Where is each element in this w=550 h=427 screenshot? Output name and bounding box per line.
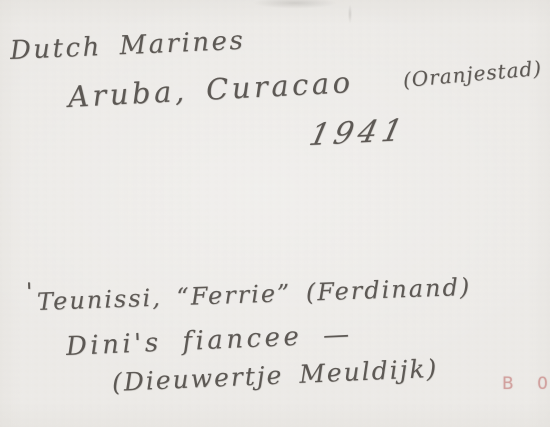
handwritten-relation-line: Dini's fiancee — <box>65 320 353 362</box>
handwritten-name-line: Teunissi, “Ferrie” (Ferdinand) <box>37 273 472 316</box>
handwritten-year: 1941 <box>306 113 410 154</box>
photo-back-paper: Dutch Marines Aruba, Curacao (Oranjestad… <box>0 0 550 427</box>
handwritten-identity-line: (Dieuwertje Meuldijk) <box>111 354 438 397</box>
handwritten-unit-line: Dutch Marines <box>9 26 246 66</box>
handwritten-annotation-oranjestad: (Oranjestad) <box>402 56 543 92</box>
handwritten-tick-mark: ' <box>26 278 34 306</box>
archive-stamp: B 0 6 <box>502 374 550 394</box>
handwritten-place-line: Aruba, Curacao <box>67 65 354 114</box>
